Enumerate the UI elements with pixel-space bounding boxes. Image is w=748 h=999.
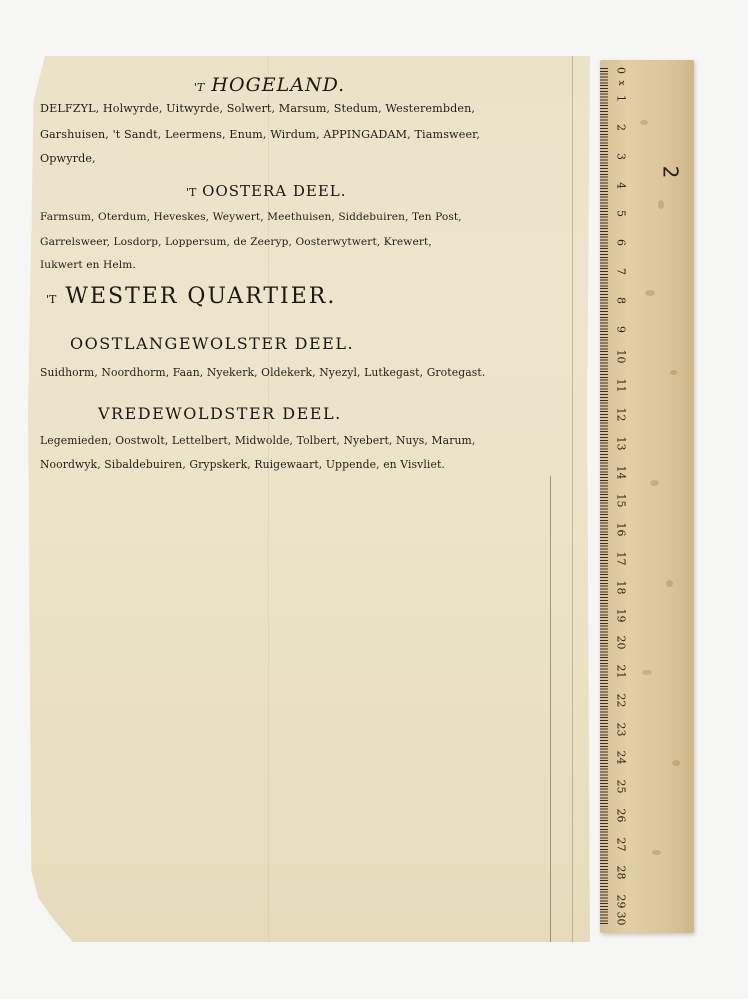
- text-line: Suidhorm, Noordhorm, Faan, Nyekerk, Olde…: [40, 366, 485, 379]
- wood-grain: [645, 290, 655, 296]
- wood-grain: [670, 370, 677, 375]
- text-line: Noordwyk, Sibaldebuiren, Grypskerk, Ruig…: [40, 458, 445, 471]
- text-line: Garshuisen, 't Sandt, Leermens, Enum, Wi…: [40, 128, 480, 141]
- ruler-label: 8: [615, 292, 628, 310]
- wood-grain: [640, 120, 648, 125]
- ruler-label: 6: [615, 234, 628, 252]
- ruler-label: 30: [615, 910, 628, 928]
- ruler-label: 27: [615, 836, 628, 854]
- ruler-label: 23: [615, 721, 628, 739]
- section-heading-wester-quartier: 'T WESTER QUARTIER.: [46, 284, 336, 309]
- ruler-label: 2: [615, 119, 628, 137]
- handwritten-mark: 2: [658, 166, 682, 179]
- heading-prefix: 'T: [46, 293, 56, 306]
- ruler-label: 19: [615, 607, 628, 625]
- heading-text: WESTER QUARTIER.: [65, 284, 336, 309]
- ruler-label: 11: [615, 377, 628, 395]
- ruler-label: 25: [615, 778, 628, 796]
- section-heading-hogeland: 'T HOGELAND.: [194, 74, 345, 96]
- ruler-label: 1: [615, 90, 628, 108]
- heading-text: OOSTLANGEWOLSTER DEEL.: [70, 334, 354, 353]
- text-line: DELFZYL, Holwyrde, Uitwyrde, Solwert, Ma…: [40, 102, 475, 115]
- ruler-label: 28: [615, 864, 628, 882]
- ruler-label: 24: [615, 749, 628, 767]
- ruler-label: 10: [615, 348, 628, 366]
- ruler-label: 5: [615, 205, 628, 223]
- ruler-label: 16: [615, 521, 628, 539]
- wood-grain: [672, 760, 680, 766]
- wood-grain: [642, 670, 652, 675]
- heading-text: HOGELAND.: [211, 74, 345, 96]
- ruler-label: 7: [615, 263, 628, 281]
- heading-text: OOSTERA DEEL.: [202, 182, 346, 200]
- ruler-label: 12: [615, 406, 628, 424]
- wood-grain: [652, 850, 661, 855]
- ruler-label: 20: [615, 634, 628, 652]
- text-line: Farmsum, Oterdum, Heveskes, Weywert, Mee…: [40, 211, 462, 223]
- heading-prefix: 'T: [194, 81, 204, 94]
- wood-grain: [650, 480, 659, 486]
- ruler-label: 9: [615, 321, 628, 339]
- section-heading-vredewoldster-deel: VREDEWOLDSTER DEEL.: [98, 404, 342, 423]
- ruler-label: 3: [615, 148, 628, 166]
- heading-prefix: 'T: [186, 186, 196, 199]
- text-line: Garrelsweer, Losdorp, Loppersum, de Zeer…: [40, 236, 432, 248]
- ruler-label: 18: [615, 579, 628, 597]
- paper-fold: [572, 56, 573, 942]
- ruler-label: 14: [615, 464, 628, 482]
- text-line: Iukwert en Helm.: [40, 259, 136, 271]
- text-line: Legemieden, Oostwolt, Lettelbert, Midwol…: [40, 434, 475, 447]
- wood-grain: [658, 200, 664, 209]
- ruler-label: 13: [615, 435, 628, 453]
- ruler-label: 29: [615, 893, 628, 911]
- wood-grain: [666, 580, 673, 587]
- paper-fold: [550, 476, 551, 942]
- section-heading-oostera-deel: 'T OOSTERA DEEL.: [186, 182, 347, 200]
- ruler-label: 22: [615, 692, 628, 710]
- section-heading-oostlangewolster-deel: OOSTLANGEWOLSTER DEEL.: [70, 334, 354, 353]
- ruler-label: 15: [615, 492, 628, 510]
- heading-text: VREDEWOLDSTER DEEL.: [98, 404, 342, 423]
- ruler-label: 26: [615, 807, 628, 825]
- ruler-label: 21: [615, 663, 628, 681]
- text-line: Opwyrde,: [40, 152, 96, 165]
- manuscript-page: 'T HOGELAND. DELFZYL, Holwyrde, Uitwyrde…: [28, 56, 590, 942]
- wooden-ruler: 0 x 1 2 3 4 5 6 7 8 9 10 11 12 13 14 15 …: [600, 60, 694, 933]
- ruler-label: 4: [615, 177, 628, 195]
- ruler-label: 17: [615, 550, 628, 568]
